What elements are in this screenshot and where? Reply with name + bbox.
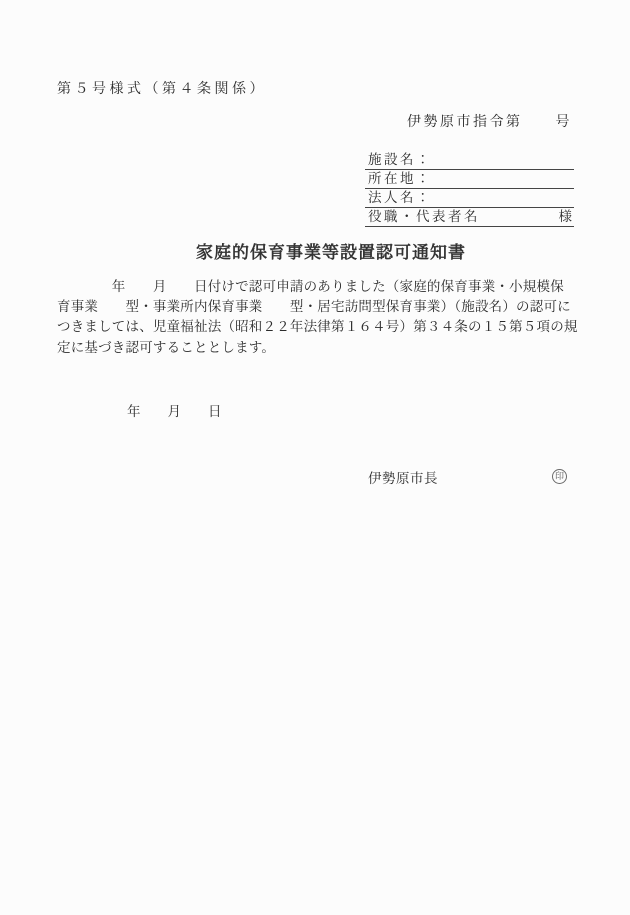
directive-number-line: 伊勢原市指令第 号 (407, 111, 572, 131)
address-label: 所在地： (368, 167, 432, 187)
body-paragraph: 年 月 日付けで認可申請のありました（家庭的保育事業・小規模保 育事業 型・事業… (57, 277, 579, 358)
form-number-heading: 第５号様式（第４条関係） (57, 78, 267, 98)
issue-date-line: 年 月 日 (127, 400, 222, 420)
representative-label: 役職・代表者名 (368, 205, 480, 225)
mayor-signature-line: 伊勢原市長 (368, 467, 438, 487)
seal-mark-icon: 印 (552, 469, 567, 484)
notification-document-page: 第５号様式（第４条関係） 伊勢原市指令第 号 施設名： 所在地： 法人名： 役職… (0, 0, 630, 915)
honorific-sama-suffix: 様 (559, 205, 573, 225)
representative-field: 役職・代表者名 様 (365, 208, 574, 227)
body-line: 定に基づき認可することとします。 (57, 338, 579, 358)
body-line: つきましては、児童福祉法（昭和２２年法律第１６４号）第３４条の１５第５項の規 (57, 317, 579, 337)
document-title: 家庭的保育事業等設置認可通知書 (196, 238, 466, 263)
body-line: 育事業 型・事業所内保育事業 型・居宅訪問型保育事業）（施設名）の認可に (57, 297, 579, 317)
corporation-name-label: 法人名： (368, 186, 432, 206)
recipient-fields-block: 施設名： 所在地： 法人名： 役職・代表者名 様 (365, 151, 574, 227)
body-line: 年 月 日付けで認可申請のありました（家庭的保育事業・小規模保 (57, 277, 579, 297)
facility-name-label: 施設名： (368, 148, 432, 168)
